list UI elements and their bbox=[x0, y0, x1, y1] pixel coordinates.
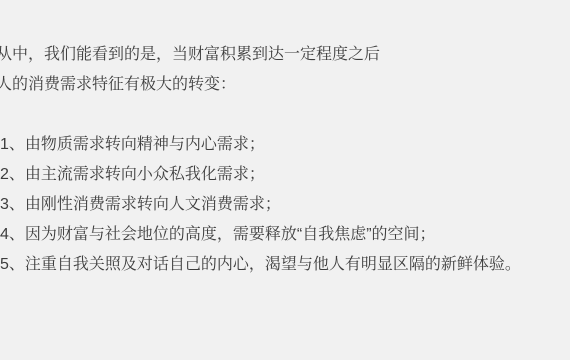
list-item-1: 1、由物质需求转向精神与内心需求； bbox=[0, 130, 570, 160]
article-text-block: 从中，我们能看到的是，当财富积累到达一定程度之后 人的消费需求特征有极大的转变：… bbox=[0, 40, 570, 280]
blank-line bbox=[0, 100, 570, 130]
intro-line-1: 从中，我们能看到的是，当财富积累到达一定程度之后 bbox=[0, 40, 570, 70]
list-item-2: 2、由主流需求转向小众私我化需求； bbox=[0, 160, 570, 190]
list-item-3: 3、由刚性消费需求转向人文消费需求； bbox=[0, 190, 570, 220]
intro-line-2: 人的消费需求特征有极大的转变： bbox=[0, 70, 570, 100]
article-page: 从中，我们能看到的是，当财富积累到达一定程度之后 人的消费需求特征有极大的转变：… bbox=[0, 0, 570, 360]
list-item-4: 4、因为财富与社会地位的高度，需要释放“自我焦虑”的空间； bbox=[0, 220, 570, 250]
list-item-5: 5、注重自我关照及对话自己的内心，渴望与他人有明显区隔的新鲜体验。 bbox=[0, 250, 570, 280]
